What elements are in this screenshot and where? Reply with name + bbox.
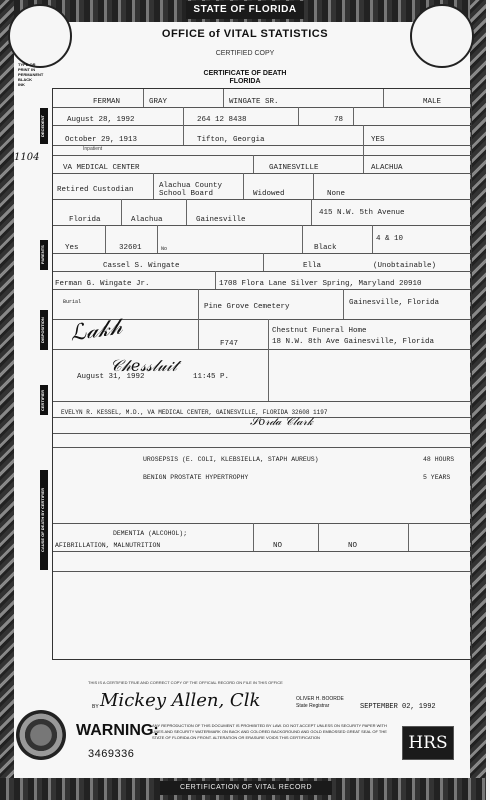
tab-cause-of-death: CAUSE OF DEATH BY CERTIFIER: [40, 470, 48, 570]
cause-a: UROSEPSIS (E. COLI, KLEBSIELLA, STAPH AU…: [143, 456, 319, 463]
inside-city-limits: Yes: [65, 244, 79, 252]
disposition-method: Burial: [63, 299, 81, 305]
by-label: BY: [92, 704, 99, 710]
row-death-date: August 28, 1992 264 12 8438 78: [53, 107, 471, 126]
state-seal-icon: [16, 710, 66, 760]
bottom-banner: CERTIFICATION OF VITAL RECORD: [0, 778, 486, 800]
warning-label: WARNING:: [76, 722, 159, 740]
row-demographics: Yes 32601 No Black 4 & 10: [53, 225, 471, 254]
state-banner-text: STATE OF FLORIDA: [186, 1, 304, 19]
hispanic-origin: No: [161, 246, 167, 252]
date-of-birth: October 29, 1913: [65, 136, 137, 144]
funeral-home-name: Chestnut Funeral Home: [272, 327, 367, 335]
row-residence: Florida Alachua Gainesville 415 N.W. 5th…: [53, 199, 471, 226]
state-banner: STATE OF FLORIDA: [0, 0, 486, 22]
tab-disposition: DISPOSITION: [40, 310, 48, 350]
decedent-middle-name: GRAY: [149, 98, 167, 106]
disposition-place: Pine Grove Cemetery: [204, 303, 290, 311]
certified-copy-label: CERTIFIED COPY: [0, 50, 490, 57]
social-security-number: 264 12 8438: [197, 116, 247, 124]
issue-date: SEPTEMBER 02, 1992: [360, 703, 436, 711]
row-birth: October 29, 1913 Tifton, Georgia YES: [53, 125, 471, 146]
row-parents: Cassel S. Wingate Ella (Unobtainable): [53, 253, 471, 272]
county-of-death: ALACHUA: [371, 164, 403, 172]
decedent-last-name: WINGATE SR.: [229, 98, 279, 106]
residence-city: Gainesville: [196, 216, 246, 224]
marital-status: Widowed: [253, 190, 285, 198]
disposition-location: Gainesville, Florida: [349, 299, 439, 307]
facility-name: VA MEDICAL CENTER: [63, 164, 140, 172]
zip-code: 32601: [119, 244, 142, 252]
autopsy-findings: NO: [348, 542, 357, 550]
tab-decedent: DECEDENT: [40, 108, 48, 144]
state-registrar: OLIVER H. BOORDE State Registrar: [296, 696, 344, 710]
education: 4 & 10: [376, 235, 403, 243]
tab-parents: PARENTS: [40, 240, 48, 270]
registrar-filing-signature: 𝒮𝑜𝓇𝒹𝒶 𝒞𝓁𝒶𝓇𝓀: [250, 415, 313, 429]
registrar-name: OLIVER H. BOORDE: [296, 696, 344, 703]
informant-name: Ferman G. Wingate Jr.: [55, 280, 150, 288]
funeral-license-number: F747: [220, 340, 238, 348]
doc-title-line1: CERTIFICATE OF DEATH: [0, 70, 490, 78]
decedent-first-name: FERMAN: [93, 98, 120, 106]
occupation: Retired Custodian: [57, 186, 134, 194]
row-informant: Ferman G. Wingate Jr. 1708 Flora Lane Si…: [53, 271, 471, 290]
row-cause-instructions: [53, 433, 471, 448]
tab-certifier: CERTIFIER: [40, 385, 48, 415]
certifier-signature: 𝒞𝒽𝑒𝓈𝓈𝓁𝓊𝒾𝓉: [110, 356, 177, 376]
decorative-border-left: [0, 0, 14, 778]
other-conditions-line2: AFIBRILLATION, MALNUTRITION: [55, 542, 160, 549]
birthplace: Tifton, Georgia: [197, 136, 265, 144]
row-name: FERMAN GRAY WINGATE SR. MALE: [53, 89, 471, 108]
row-other-conditions: DEMENTIA (ALCOHOL); AFIBRILLATION, MALNU…: [53, 523, 471, 552]
armed-forces: YES: [371, 136, 385, 144]
row-occupation: Retired Custodian Alachua County School …: [53, 173, 471, 200]
residence-state: Florida: [69, 216, 101, 224]
bottom-banner-text: CERTIFICATION OF VITAL RECORD: [160, 781, 332, 795]
decorative-border-right: [470, 0, 486, 778]
residence-county: Alachua: [131, 216, 163, 224]
surviving-spouse: None: [327, 190, 345, 198]
row-injury: [53, 571, 471, 627]
race: Black: [314, 244, 337, 252]
office-title: OFFICE of VITAL STATISTICS: [0, 28, 490, 40]
mother-name: Ella: [303, 262, 321, 270]
row-facility: VA MEDICAL CENTER GAINESVILLE ALACHUA: [53, 155, 471, 174]
father-name: Cassel S. Wingate: [103, 262, 180, 270]
document-title: CERTIFICATE OF DEATH FLORIDA: [0, 70, 490, 86]
warning-text: ANY REPRODUCTION OF THIS DOCUMENT IS PRO…: [152, 723, 392, 741]
mother-maiden-name: (Unobtainable): [373, 262, 436, 270]
doc-title-line2: FLORIDA: [0, 78, 490, 86]
hrs-logo-icon: HRS: [402, 726, 454, 760]
row-cause-of-death: UROSEPSIS (E. COLI, KLEBSIELLA, STAPH AU…: [53, 447, 471, 524]
serial-number: 3469336: [88, 748, 134, 760]
date-of-death: August 28, 1992: [67, 116, 135, 124]
cause-b-interval: 5 YEARS: [423, 474, 450, 481]
city-of-death: GAINESVILLE: [269, 164, 319, 172]
place-of-death-type: Inpatient: [83, 146, 102, 152]
residence-street: 415 N.W. 5th Avenue: [319, 209, 405, 217]
ink-instruction: TYPE OR PRINT IN PERMANENT BLACK INK: [18, 62, 38, 87]
certification-statement: THIS IS A CERTIFIED TRUE AND CORRECT COP…: [88, 680, 283, 685]
row-pregnancy: [53, 551, 471, 572]
cause-b: BENIGN PROSTATE HYPERTROPHY: [143, 474, 248, 481]
funeral-home-address: 18 N.W. 8th Ave Gainesville, Florida: [272, 338, 434, 346]
decedent-sex: MALE: [423, 98, 441, 106]
hour-of-death: 11:45 P.: [193, 373, 229, 381]
other-conditions-line1: DEMENTIA (ALCOHOL);: [113, 530, 187, 537]
informant-address: 1708 Flora Lane Silver Spring, Maryland …: [219, 280, 422, 288]
age: 78: [334, 116, 343, 124]
clerk-signature: Mickey Allen, Clk: [100, 690, 260, 711]
registrar-title: State Registrar: [296, 703, 344, 710]
cause-a-interval: 48 HOURS: [423, 456, 454, 463]
handwritten-annotation: 1104: [14, 152, 39, 163]
autopsy: NO: [273, 542, 282, 550]
industry: Alachua County School Board: [159, 182, 239, 198]
